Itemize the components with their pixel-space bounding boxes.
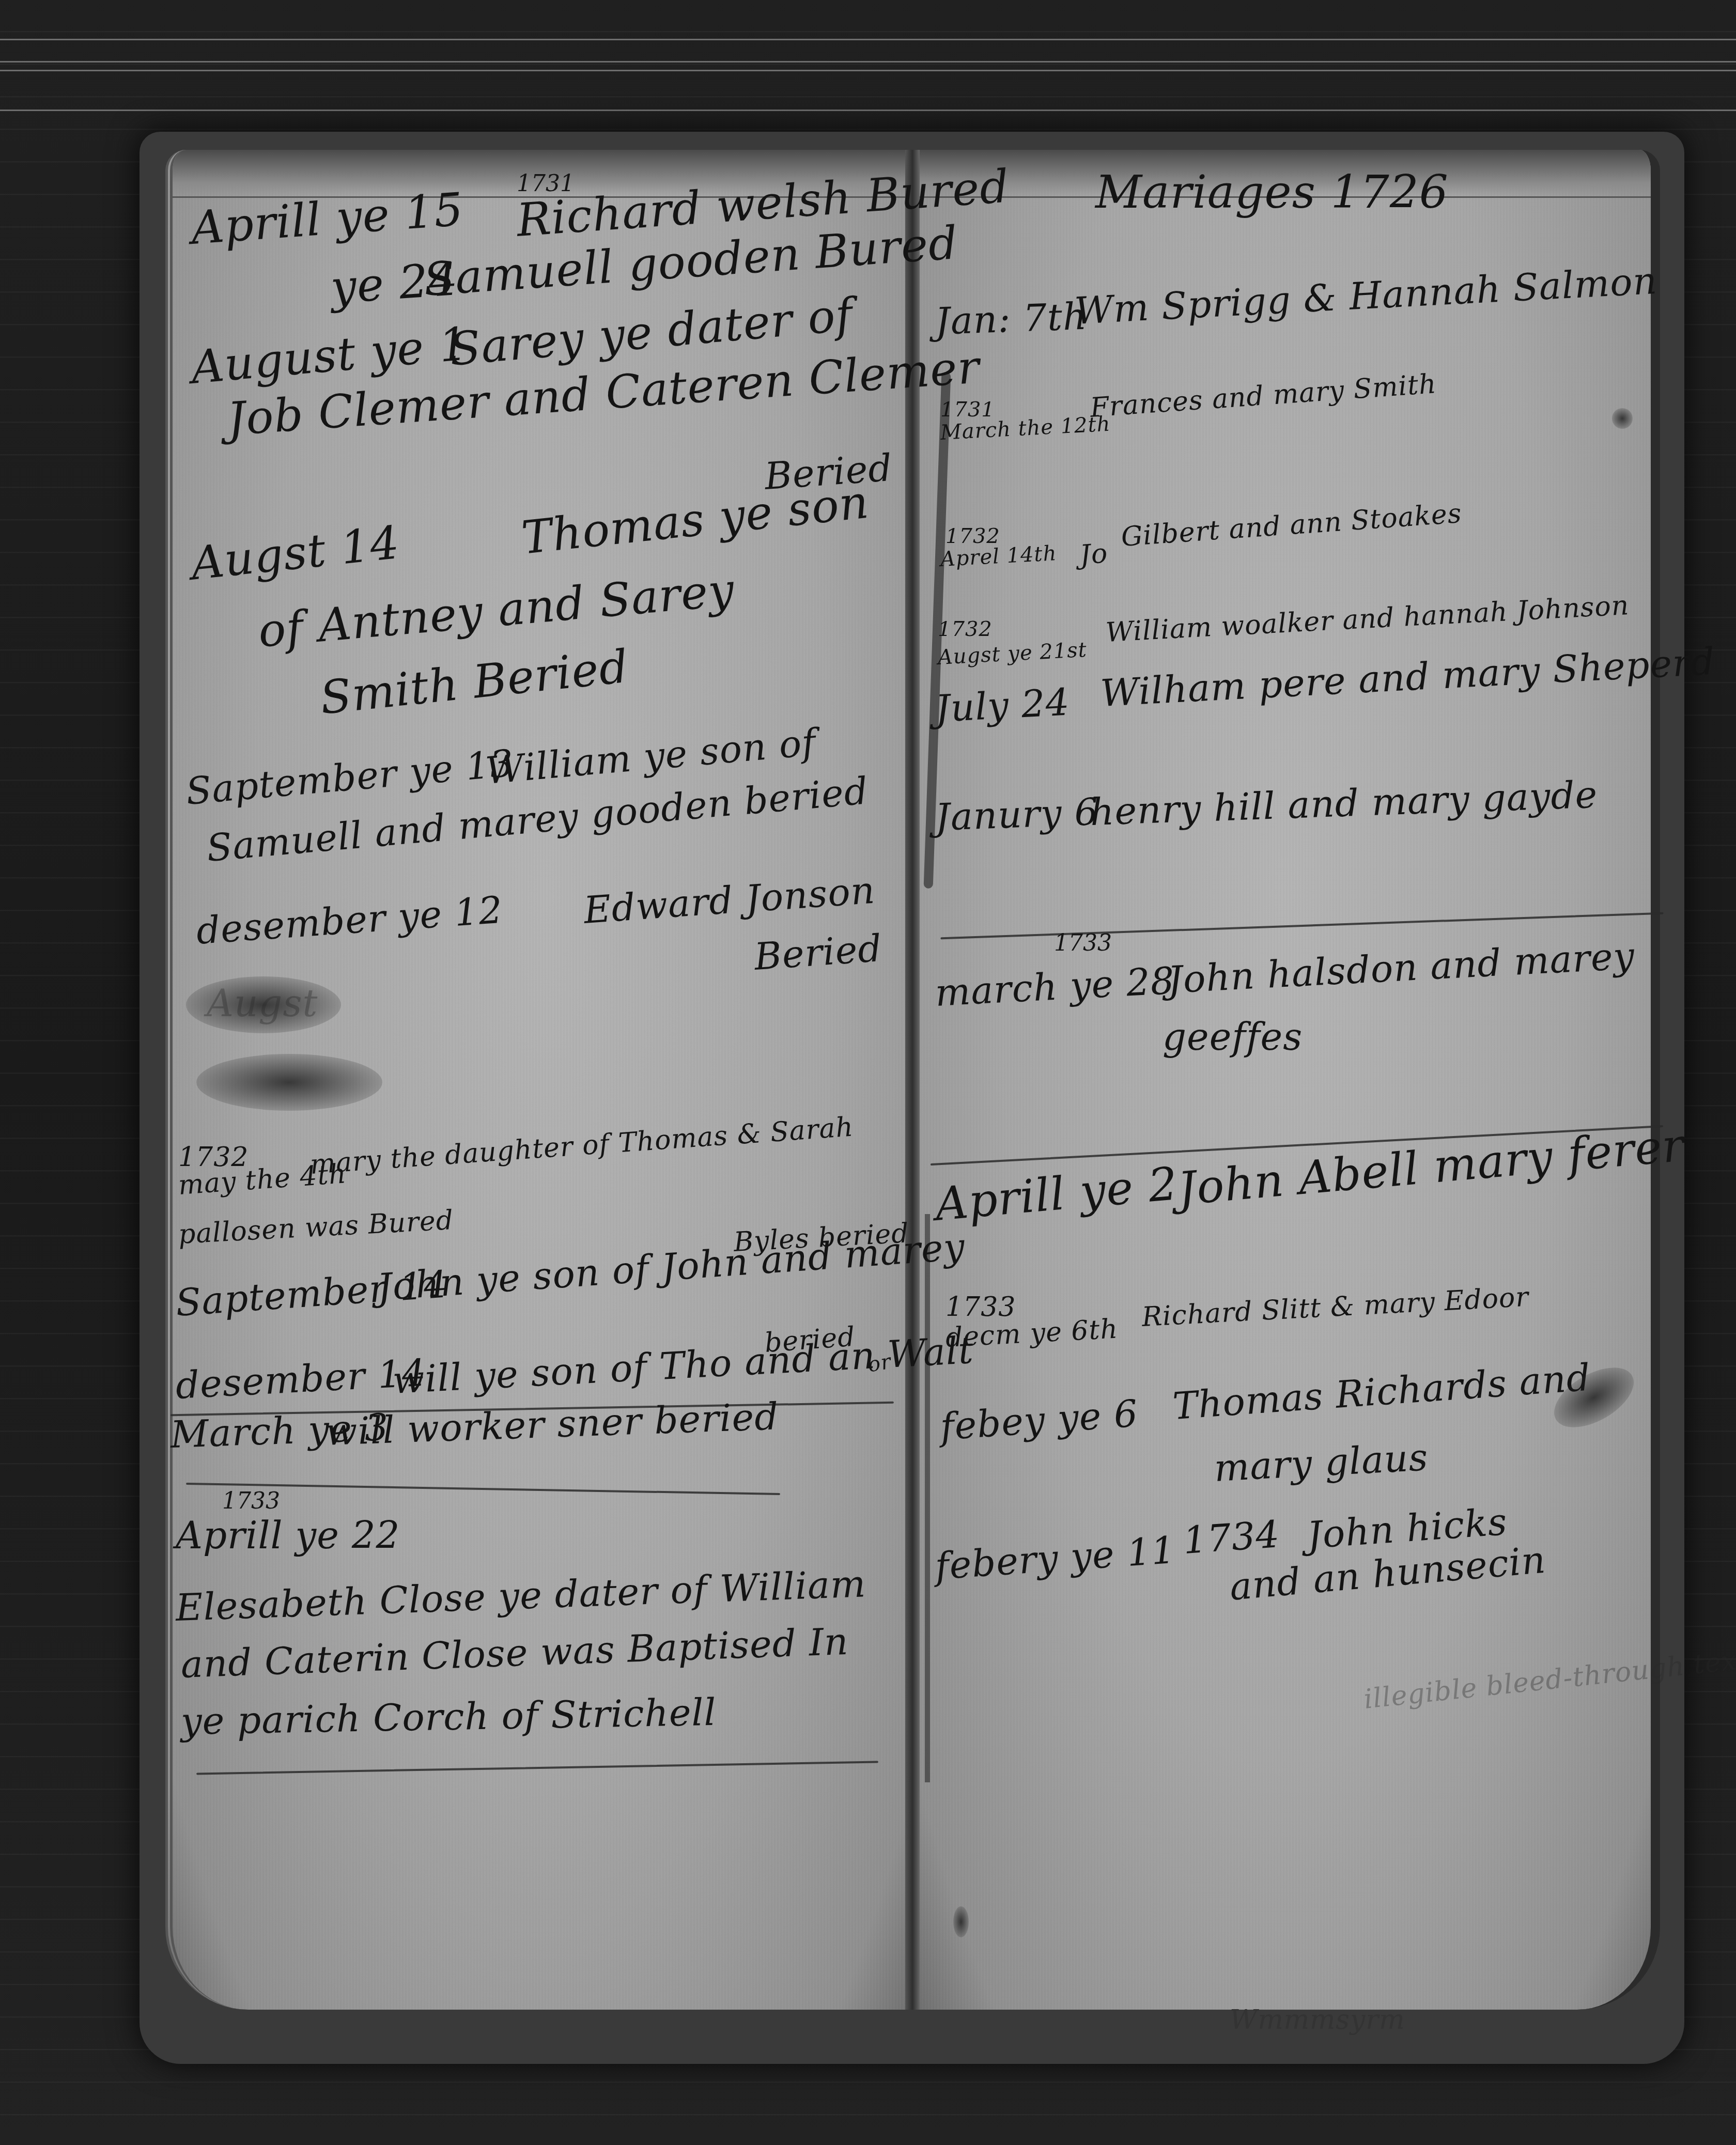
- book-gutter: [905, 150, 920, 2010]
- entry-text: Jo: [1079, 538, 1109, 571]
- entry-year: 1734: [1182, 1512, 1281, 1562]
- entry-year: 1732: [938, 617, 993, 641]
- entry-year: 1733: [946, 1292, 1016, 1323]
- page-heading: Mariages 1726: [1095, 165, 1449, 219]
- footer-scribble: Wmmmsyrm: [1230, 2004, 1405, 2035]
- ink-streak: [925, 1214, 930, 1782]
- entry-text: geeffes: [1163, 1015, 1303, 1059]
- scan-artifact-line: [0, 70, 1736, 71]
- entry-year: 1733: [1054, 930, 1112, 956]
- ink-spot: [1612, 408, 1633, 429]
- ink-spot: [953, 1906, 969, 1937]
- entry-date: July 24: [934, 680, 1071, 730]
- scan-artifact-line: [0, 110, 1736, 111]
- entry-date: Janury 6: [935, 790, 1099, 839]
- entry-year: 1731: [940, 398, 995, 422]
- entry-date: Jan: 7th: [935, 294, 1088, 343]
- entry-date: Aprill ye 22: [176, 1514, 400, 1557]
- entry-note: Beried: [753, 926, 884, 978]
- scan-artifact-line: [0, 61, 1736, 63]
- ink-blot: [196, 1054, 382, 1111]
- scan-artifact-line: [0, 39, 1736, 40]
- entry-year: 1733: [222, 1488, 280, 1514]
- struck-text: Augst: [207, 982, 318, 1025]
